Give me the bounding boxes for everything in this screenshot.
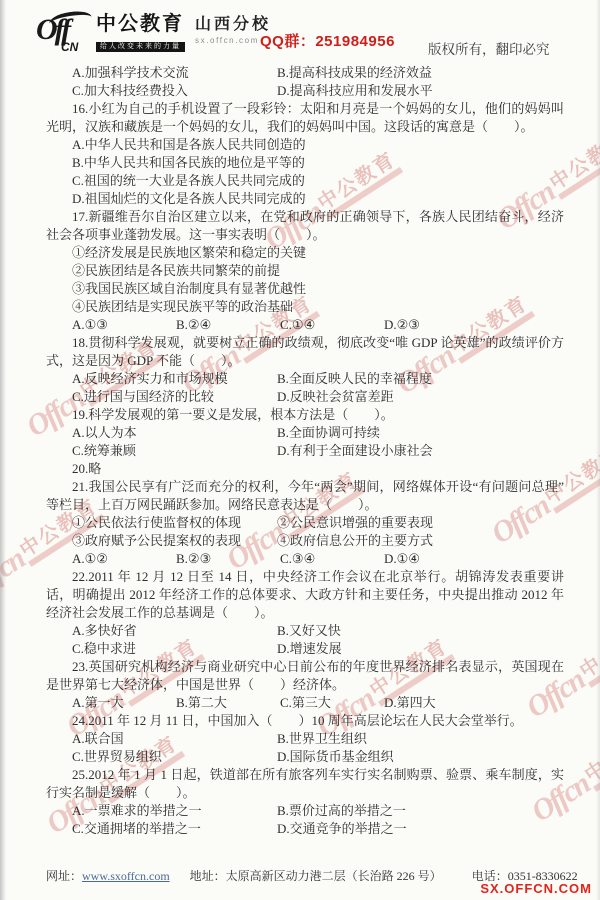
option: C.祖国的统一大业是各族人民共同完成的 [72,172,305,190]
option: B.世界卫生组织 [277,730,367,748]
option: B.全面协调可持续 [277,424,380,442]
option-row: C.进行国与国经济的比较D.反映社会贫富差距 [46,388,564,406]
logo-cn-text: CN [61,41,78,53]
option: B.②③ [176,550,280,568]
question-stem: 21.我国公民享有广泛而充分的权利，今年“两会”期间，网络媒体开设“有问题问总理… [46,478,564,514]
option-row: A.第一大B.第二大C.第三大D.第四大 [46,694,564,712]
question-stem: 24.2011 年 12 月 11 日，中国加入（ ）10 周年高层论坛在人民大… [46,712,564,730]
option: D.反映社会贫富差距 [277,388,394,406]
question-stem: 19.科学发展观的第一要义是发展，根本方法是（ ）。 [46,406,564,424]
option: B.全面反映人民的幸福程度 [277,370,432,388]
option-row: A.①③B.②④C.①④D.②③ [46,316,564,334]
option: ②公民意识增强的重要表现 [277,514,433,532]
option: C.稳中求进 [72,640,277,658]
logo-name-block: 中公教育 给人改变未来的力量 [96,13,185,53]
copyright-notice: 版权所有，翻印必究 [428,38,550,58]
option-row: A.联合国B.世界卫生组织 [46,730,564,748]
option: ④政府信息公开的主要方式 [277,532,433,550]
watermark-slogan-bar [558,146,600,199]
scan-edge-artifact-right [596,0,600,900]
option-row: C.稳中求进D.增速发展 [46,640,564,658]
option-row: D.祖国灿烂的文化是各族人民共同完成的 [46,190,564,208]
option-row: ③政府赋予公民提案权的表现④政府信息公开的主要方式 [46,532,564,550]
option-row: ①经济发展是民族地区繁荣和稳定的关键 [46,244,564,262]
option: C.③④ [280,550,384,568]
address-text: 地址：太原高新区动力港二层（长治路 226 号） [190,869,442,883]
option: C.①④ [280,316,384,334]
offcn-logo: Off CN 中公教育 给人改变未来的力量 山西分校 sx.offcn.com [36,11,271,53]
option: B.又好又快 [277,622,341,640]
question-stem: 20.略 [46,460,564,478]
question-stem: 25.2012 年 1 月 1 日起，铁道部在所有旅客列车实行实名制购票、验票、… [46,766,564,802]
scanned-exam-page: { "header": { "logo": { "mark_top": "Off… [0,0,600,900]
option: B.提高科技成果的经济效益 [277,64,432,82]
option: A.以人为本 [72,424,277,442]
option: ④民族团结是实现民族平等的政治基础 [72,298,293,316]
option: B.②④ [176,316,280,334]
option: A.加强科学技术交流 [72,64,277,82]
brand-slogan: 给人改变未来的力量 [96,42,185,52]
option: A.①② [72,550,176,568]
option-row: C.世界贸易组织D.国际货币基金组织 [46,748,564,766]
question-list: A.加强科学技术交流B.提高科技成果的经济效益C.加大科技经费投入D.提高科技应… [46,64,564,838]
question-stem: 18.贯彻科学发展观，就要树立正确的政绩观，彻底改变“唯 GDP 论英雄”的政绩… [46,334,564,370]
question-stem: 22.2011 年 12 月 12 日至 14 日，中央经济工作会议在北京举行。… [46,568,564,622]
option: B.中华人民共和国各民族的地位是平等的 [72,154,305,172]
option: B.票价过高的举措之一 [277,802,406,820]
option-row: A.多快好省B.又好又快 [46,622,564,640]
option: C.交通拥堵的举措之一 [72,820,277,838]
option-row: B.中华人民共和国各民族的地位是平等的 [46,154,564,172]
option: C.世界贸易组织 [72,748,277,766]
option-row: A.中华人民共和国是各族人民共同创造的 [46,136,564,154]
option: D.国际货币基金组织 [277,748,394,766]
option-row: A.一票难求的举措之一B.票价过高的举措之一 [46,802,564,820]
option: D.第四大 [384,694,436,712]
option: ③政府赋予公民提案权的表现 [72,532,277,550]
option: A.联合国 [72,730,277,748]
option-row: A.①②B.②③C.③④D.①④ [46,550,564,568]
option: B.第二大 [176,694,280,712]
option: D.增速发展 [277,640,342,658]
option-row: A.以人为本B.全面协调可持续 [46,424,564,442]
option: ①经济发展是民族地区繁荣和稳定的关键 [72,244,306,262]
option: D.交通竞争的举措之一 [277,820,407,838]
option: A.反映经济实力和市场规模 [72,370,277,388]
site-badge: SX.OFFCN.COM [480,881,592,896]
option-row: C.统筹兼顾D.有利于全面建设小康社会 [46,442,564,460]
question-stem: 16.小红为自己的手机设置了一段彩铃：太阳和月亮是一个妈妈的女儿，他们的妈妈叫光… [46,100,564,136]
option: A.①③ [72,316,176,334]
option: C.第三大 [280,694,384,712]
option-row: A.反映经济实力和市场规模B.全面反映人民的幸福程度 [46,370,564,388]
option: D.提高科技应用和发展水平 [277,82,433,100]
option: C.加大科技经费投入 [72,82,277,100]
website-label: 网址： [46,869,82,883]
option-row: ④民族团结是实现民族平等的政治基础 [46,298,564,316]
option: C.进行国与国经济的比较 [72,388,277,406]
option: C.统筹兼顾 [72,442,277,460]
option-row: C.祖国的统一大业是各族人民共同完成的 [46,172,564,190]
option: A.多快好省 [72,622,277,640]
brand-name: 中公教育 [96,13,185,35]
option: D.②③ [384,316,420,334]
option-row: ③我国民族区域自治制度具有显著优越性 [46,280,564,298]
qq-group-label: QQ群：251984956 [260,30,395,51]
option: D.有利于全面建设小康社会 [277,442,433,460]
offcn-logo-mark-icon: Off CN [36,11,94,53]
option: D.①④ [384,550,420,568]
option: ②民族团结是各民族共同繁荣的前提 [72,262,280,280]
option-row: C.交通拥堵的举措之一D.交通竞争的举措之一 [46,820,564,838]
option: ①公民依法行使监督权的体现 [72,514,277,532]
option: A.中华人民共和国是各族人民共同创造的 [72,136,306,154]
website-link[interactable]: www.sxoffcn.com [82,869,170,883]
scan-edge-artifact-left [0,0,6,900]
option: A.第一大 [72,694,176,712]
question-stem: 17.新疆维吾尔自治区建立以来，在党和政府的正确领导下，各族人民团结奋斗，经济社… [46,208,564,244]
option-row: ①公民依法行使监督权的体现②公民意识增强的重要表现 [46,514,564,532]
option: A.一票难求的举措之一 [72,802,277,820]
option-row: ②民族团结是各民族共同繁荣的前提 [46,262,564,280]
option: ③我国民族区域自治制度具有显著优越性 [72,280,306,298]
option-row: C.加大科技经费投入D.提高科技应用和发展水平 [46,82,564,100]
question-stem: 23.英国研究机构经济与商业研究中心日前公布的年度世界经济排名表显示，英国现在是… [46,658,564,694]
header: Off CN 中公教育 给人改变未来的力量 山西分校 sx.offcn.com … [0,0,600,60]
option-row: A.加强科学技术交流B.提高科技成果的经济效益 [46,64,564,82]
option: D.祖国灿烂的文化是各族人民共同完成的 [72,190,306,208]
